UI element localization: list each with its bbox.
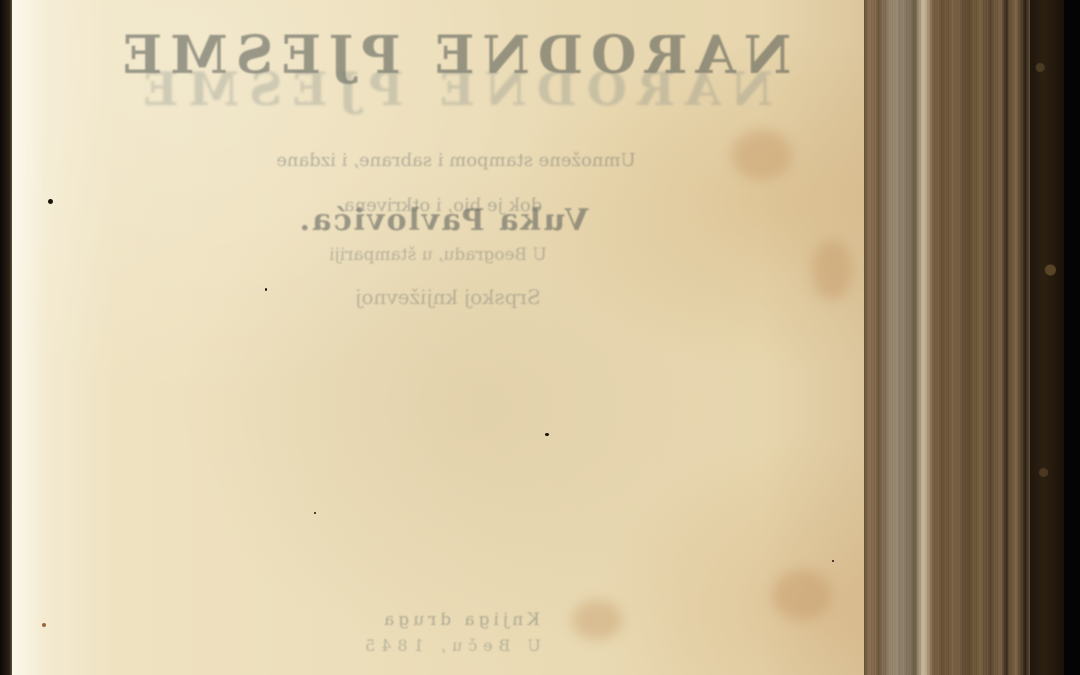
scan-left-border (0, 0, 12, 675)
foxing-stain (812, 240, 852, 300)
page-fore-edge (864, 0, 1030, 675)
bleed-through-author: Vuka Pavlovića. (17, 203, 869, 238)
bleed-through-title-ghost: NARODNE PJESME (27, 62, 879, 116)
scan-backdrop (1064, 0, 1080, 675)
paper-speck (48, 199, 53, 204)
paper-speck (42, 623, 46, 627)
bleed-through-line-3: U Beogradu, u štampariji (12, 245, 864, 265)
title-page: NARODNE PJESME NARODNE PJESME Umnožene s… (12, 0, 864, 675)
foxing-stain (732, 130, 792, 180)
book-cover-edge (1030, 0, 1064, 675)
paper-speck (545, 433, 549, 436)
bleed-through-imprint-1: Knjiga druga (34, 610, 886, 630)
paper-speck (832, 560, 834, 562)
bleed-through-imprint-2: U Beču, 1845 (24, 636, 876, 655)
foxing-stain (572, 600, 622, 640)
book-scan: NARODNE PJESME NARODNE PJESME Umnožene s… (0, 0, 1080, 675)
paper-speck (314, 512, 316, 514)
bleed-through-line-4: Srpskoj književnoj (22, 285, 874, 309)
paper-speck (265, 288, 267, 291)
foxing-stain (772, 570, 832, 620)
